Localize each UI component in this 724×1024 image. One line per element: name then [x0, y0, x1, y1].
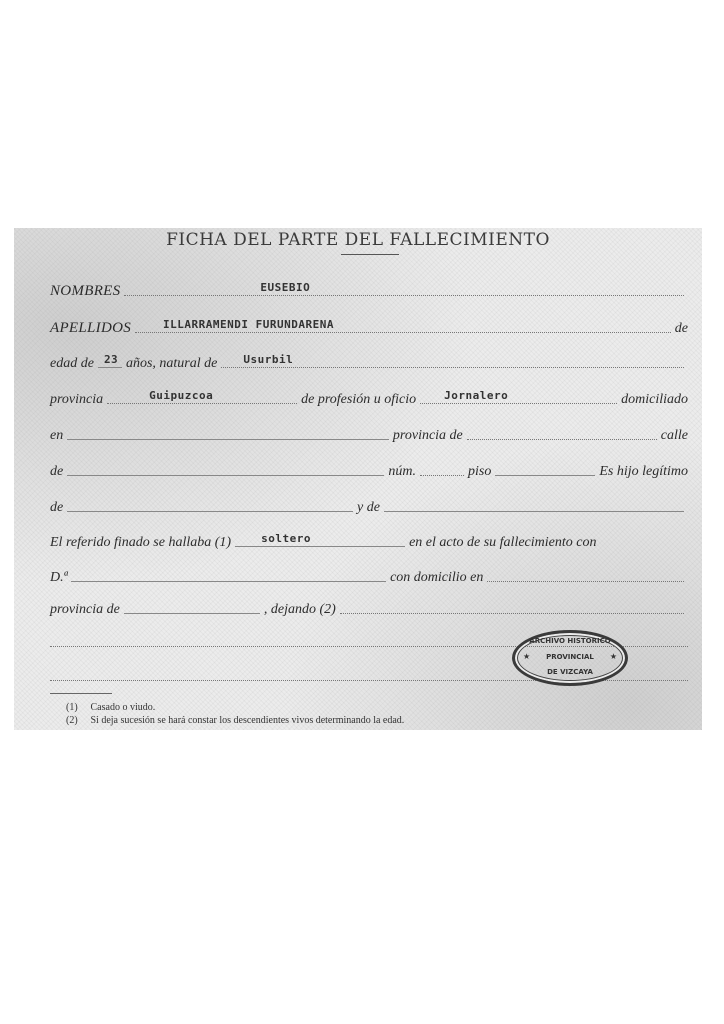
- archive-stamp: ARCHIVO HISTORICO ★ PROVINCIAL ★ DE VIZC…: [512, 630, 628, 686]
- anos-label: años, natural de: [126, 356, 217, 372]
- footnote-2: (2) Si deja sucesión se hará constar los…: [66, 715, 404, 726]
- estado-label: El referido finado se hallaba (1): [50, 535, 231, 551]
- row-edad: edad de 23 años, natural de Usurbil: [50, 354, 688, 372]
- footnote-divider: [50, 693, 112, 694]
- provincia-de-field: [467, 425, 657, 440]
- provincia-de-label: provincia de: [393, 428, 463, 444]
- madre-field: [384, 497, 684, 512]
- de-label: de: [50, 464, 63, 480]
- profesion-label: de profesión u oficio: [301, 392, 416, 408]
- footnote-2-num: (2): [66, 715, 88, 726]
- nombres-field: EUSEBIO: [124, 281, 684, 296]
- row-domicilio: en provincia de calle: [50, 426, 688, 444]
- piso-label: piso: [468, 464, 491, 480]
- provincia-value: Guipuzcoa: [149, 389, 213, 402]
- footnote-1-text: Casado o viudo.: [91, 702, 156, 713]
- profesion-field: Jornalero: [420, 389, 617, 404]
- estado-value: soltero: [261, 532, 311, 545]
- apellidos-label: APELLIDOS: [50, 320, 131, 337]
- da-label: D.ª: [50, 570, 67, 586]
- en-label: en: [50, 428, 63, 444]
- edad-field: 23: [98, 353, 122, 368]
- row-nombres: NOMBRES EUSEBIO: [50, 282, 688, 300]
- stamp-line-2: PROVINCIAL: [515, 653, 625, 661]
- hijo-label: Es hijo legítimo: [599, 464, 688, 480]
- row-conyuge: D.ª con domicilio en: [50, 568, 688, 586]
- apellidos-field: ILLARRAMENDI FURUNDARENA: [135, 318, 671, 333]
- domiciliado-label: domiciliado: [621, 392, 688, 408]
- provincia-label: provincia: [50, 392, 103, 408]
- conyuge-domicilio-field: [487, 567, 684, 582]
- provincia-de2-field: [124, 599, 260, 614]
- row-dejando: provincia de , dejando (2): [50, 600, 688, 618]
- estado-field: soltero: [235, 532, 405, 547]
- row-padres: de y de: [50, 498, 688, 516]
- natural-value: Usurbil: [243, 353, 293, 366]
- apellidos-value: ILLARRAMENDI FURUNDARENA: [163, 318, 334, 331]
- stamp-line-3: DE VIZCAYA: [515, 668, 625, 676]
- title-underline: [341, 254, 399, 255]
- con-domicilio-label: con domicilio en: [390, 570, 483, 586]
- calle-label: calle: [661, 428, 688, 444]
- calle-field: [67, 461, 384, 476]
- row-apellidos: APELLIDOS ILLARRAMENDI FURUNDARENA de: [50, 319, 688, 337]
- dejando-label: , dejando (2): [264, 602, 336, 618]
- acto-label: en el acto de su fallecimiento con: [409, 535, 596, 551]
- footnote-1-num: (1): [66, 702, 88, 713]
- edad-label: edad de: [50, 356, 94, 372]
- piso-field: [495, 461, 595, 476]
- nombres-label: NOMBRES: [50, 283, 120, 300]
- conyuge-field: [71, 567, 386, 582]
- footnote-1: (1) Casado o viudo.: [66, 702, 155, 713]
- padre-field: [67, 497, 353, 512]
- row-estado: El referido finado se hallaba (1) solter…: [50, 533, 688, 551]
- death-record-card: FICHA DEL PARTE DEL FALLECIMIENTO NOMBRE…: [14, 228, 702, 730]
- profesion-value: Jornalero: [444, 389, 508, 402]
- provincia-field: Guipuzcoa: [107, 389, 297, 404]
- madre-label: y de: [357, 500, 380, 516]
- en-field: [67, 425, 389, 440]
- row-provincia: provincia Guipuzcoa de profesión u ofici…: [50, 390, 688, 408]
- padre-label: de: [50, 500, 63, 516]
- document-title: FICHA DEL PARTE DEL FALLECIMIENTO: [14, 230, 702, 250]
- num-label: núm.: [388, 464, 416, 480]
- star-icon: ★: [610, 652, 617, 661]
- row-calle: de núm. piso Es hijo legítimo: [50, 462, 688, 480]
- apellidos-suffix: de: [675, 321, 688, 337]
- provincia-de2-label: provincia de: [50, 602, 120, 618]
- dejando-field: [340, 599, 684, 614]
- nombres-value: EUSEBIO: [260, 281, 310, 294]
- natural-field: Usurbil: [221, 353, 684, 368]
- footnote-2-text: Si deja sucesión se hará constar los des…: [91, 715, 405, 726]
- edad-value: 23: [104, 353, 118, 366]
- stamp-line-1: ARCHIVO HISTORICO: [515, 637, 625, 645]
- num-field: [420, 461, 464, 476]
